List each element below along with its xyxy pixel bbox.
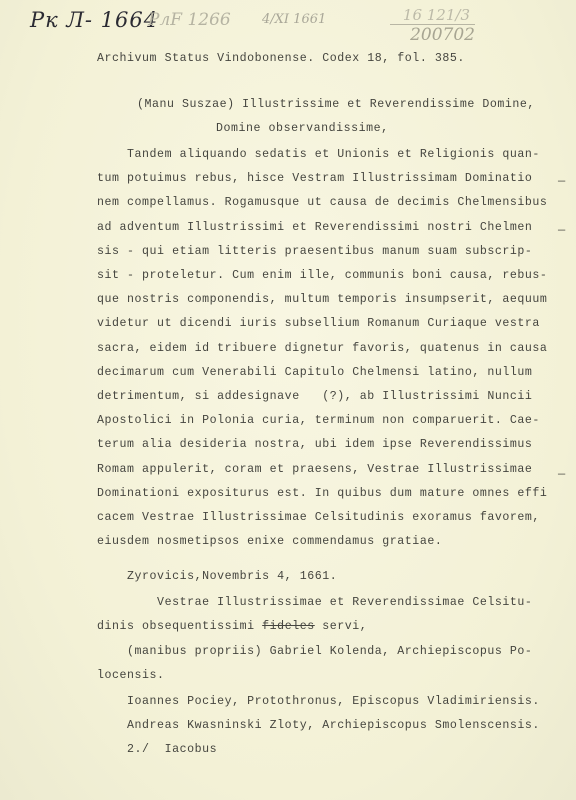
struck-word: fideles: [262, 620, 315, 633]
margin-mark: —: [558, 174, 565, 188]
body-line: que nostris componendis, multum temporis…: [97, 293, 547, 307]
body-line: sit - proteletur. Cum enim ille, communi…: [97, 269, 547, 283]
signature-line: (manibus propriis) Gabriel Kolenda, Arch…: [97, 645, 532, 659]
body-line: sacra, eidem id tribuere dignetur favori…: [97, 342, 547, 356]
signature-line: 2./ Iacobus: [97, 743, 217, 757]
margin-mark: —: [558, 223, 565, 237]
signature-line: Ioannes Pociey, Protothronus, Episcopus …: [97, 695, 540, 709]
body-line: Dominationi expositurus est. In quibus d…: [97, 487, 547, 501]
body-line: videtur ut dicendi iuris subsellium Roma…: [97, 317, 540, 331]
place-date: Zyrovicis,Novembris 4, 1661.: [97, 570, 337, 584]
salutation-line-2: Domine observandissime,: [216, 122, 389, 136]
closing-line-2: dinis obsequentissimi fideles servi,: [97, 620, 367, 634]
source-line: Archivum Status Vindobonense. Codex 18, …: [97, 52, 465, 66]
archive-mark: Рк Л- 1664: [30, 8, 158, 32]
closing-suffix: servi,: [315, 620, 368, 633]
body-line: tum potuimus rebus, hisce Vestram Illust…: [97, 172, 532, 186]
signature-line: locensis.: [97, 669, 165, 683]
closing-line-1: Vestrae Illustrissimae et Reverendissima…: [97, 596, 532, 610]
pencil-date: 4/XI 1661: [262, 12, 326, 27]
body-line: detrimentum, si addesignave (?), ab Illu…: [97, 390, 532, 404]
body-line: eiusdem nosmetipsos enixe commendamus gr…: [97, 535, 442, 549]
body-line: ad adventum Illustrissimi et Reverendiss…: [97, 221, 532, 235]
body-line: Romam appulerit, coram et praesens, Vest…: [97, 463, 532, 477]
body-line: cacem Vestrae Illustrissimae Celsitudini…: [97, 511, 540, 525]
pencil-mark: РлF 1266: [148, 10, 231, 30]
body-line: Tandem aliquando sedatis et Unionis et R…: [97, 148, 540, 162]
salutation-line-1: (Manu Suszae) Illustrissime et Reverendi…: [137, 98, 535, 112]
document-page: Рк Л- 1664 РлF 1266 4/XI 1661 16 121/3 2…: [0, 0, 576, 800]
catalog-number-bottom: 200702: [390, 24, 475, 45]
body-line: sis - qui etiam litteris praesentibus ma…: [97, 245, 532, 259]
body-line: decimarum cum Venerabili Capitulo Chelme…: [97, 366, 532, 380]
margin-mark: —: [558, 467, 565, 481]
body-line: Apostolici in Polonia curia, terminum no…: [97, 414, 540, 428]
body-line: terum alia desideria nostra, ubi idem ip…: [97, 438, 532, 452]
signature-line: Andreas Kwasninski Zloty, Archiepiscopus…: [97, 719, 540, 733]
catalog-number-top: 16 121/3: [390, 6, 470, 24]
body-line: nem compellamus. Rogamusque ut causa de …: [97, 196, 547, 210]
closing-prefix: dinis obsequentissimi: [97, 620, 262, 633]
